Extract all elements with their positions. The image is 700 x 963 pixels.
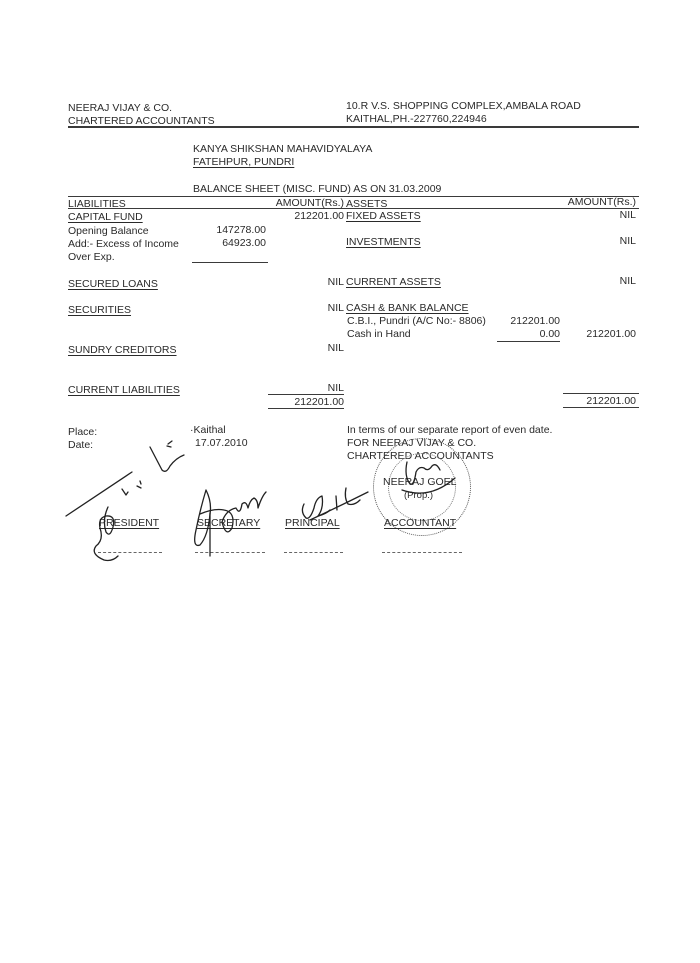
auditor-signature-icon — [0, 0, 700, 600]
